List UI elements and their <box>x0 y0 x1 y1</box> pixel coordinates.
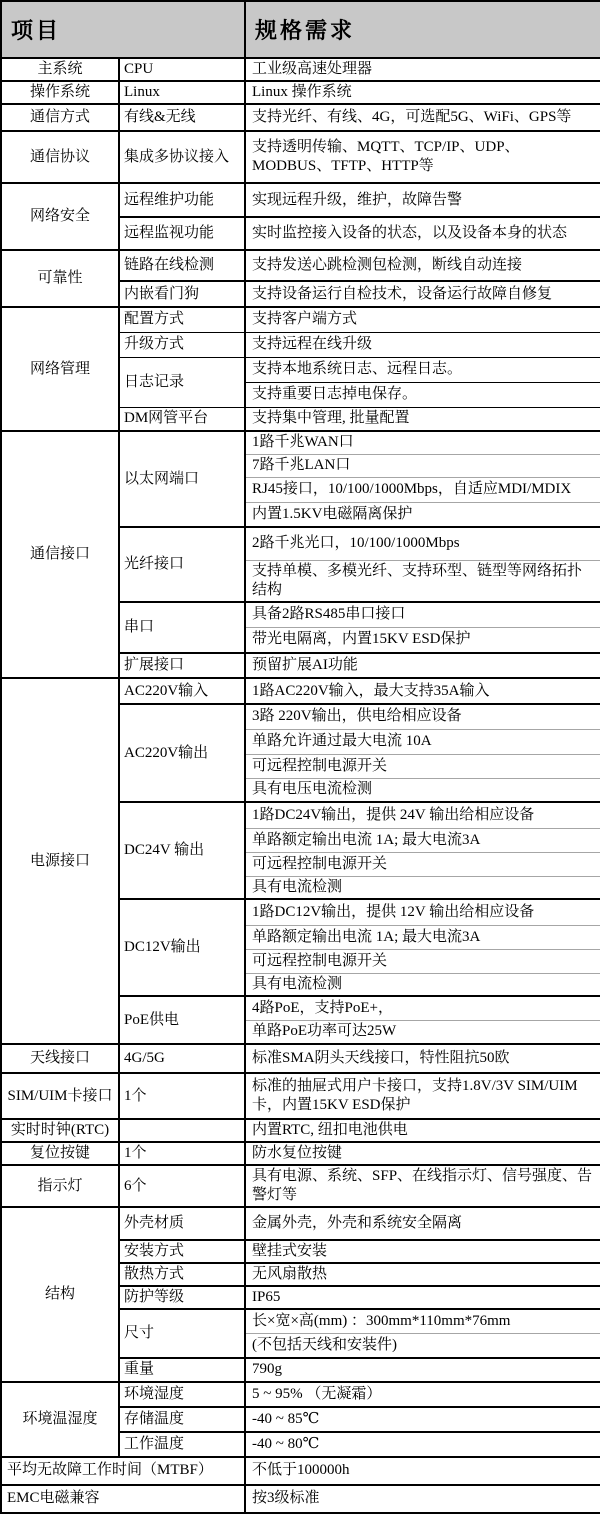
spec-table: 项目 规格需求 主系统CPU工业级高速处理器操作系统LinuxLinux 操作系… <box>0 0 600 1514</box>
spec-cell: 支持重要日志掉电保存。 <box>245 382 600 407</box>
table-row: 通信接口以太网端口1路千兆WAN口 <box>1 431 600 454</box>
spec-cell: 具有电流检测 <box>245 973 600 996</box>
subitem-cell: Linux <box>119 81 245 104</box>
spec-cell: 预留扩展AI功能 <box>245 653 600 678</box>
spec-cell: 1路千兆WAN口 <box>245 431 600 454</box>
spec-cell: -40 ~ 80℃ <box>245 1432 600 1457</box>
category-cell: SIM/UIM卡接口 <box>1 1073 119 1119</box>
category-cell: 结构 <box>1 1207 119 1382</box>
subitem-cell: 4G/5G <box>119 1044 245 1073</box>
category-cell: 电源接口 <box>1 678 119 1044</box>
table-row: 可靠性链路在线检测支持发送心跳检测包检测，断线自动连接 <box>1 250 600 281</box>
subitem-cell <box>119 1119 245 1142</box>
subitem-cell: 远程维护功能 <box>119 183 245 217</box>
table-row: EMC电磁兼容按3级标准 <box>1 1485 600 1513</box>
subitem-cell: 重量 <box>119 1358 245 1382</box>
category-cell: 实时时钟(RTC) <box>1 1119 119 1142</box>
spec-cell: 5 ~ 95% （无凝霜） <box>245 1382 600 1407</box>
subitem-cell: 有线&无线 <box>119 104 245 131</box>
subitem-cell: 以太网端口 <box>119 431 245 527</box>
spec-cell: 可远程控制电源开关 <box>245 852 600 876</box>
subitem-cell: 集成多协议接入 <box>119 131 245 183</box>
subitem-cell: 存储温度 <box>119 1407 245 1432</box>
subitem-cell: AC220V输入 <box>119 678 245 704</box>
category-cell: 网络安全 <box>1 183 119 250</box>
subitem-cell: 防护等级 <box>119 1286 245 1309</box>
spec-cell: 标准SMA阴头天线接口，特性阻抗50欧 <box>245 1044 600 1073</box>
spec-cell: 金属外壳，外壳和系统安全隔离 <box>245 1207 600 1240</box>
subitem-cell: 外壳材质 <box>119 1207 245 1240</box>
spec-cell: 壁挂式安装 <box>245 1240 600 1263</box>
spec-cell: 工业级高速处理器 <box>245 58 600 81</box>
category-cell: 平均无故障工作时间（MTBF） <box>1 1457 245 1485</box>
spec-cell: 实现远程升级，维护，故障告警 <box>245 183 600 217</box>
subitem-cell: 散热方式 <box>119 1263 245 1286</box>
category-cell: 通信方式 <box>1 104 119 131</box>
spec-cell: 标准的抽屉式用户卡接口，支持1.8V/3V SIM/UIM卡，内置15KV ES… <box>245 1073 600 1119</box>
spec-cell: 按3级标准 <box>245 1485 600 1513</box>
subitem-cell: 环境湿度 <box>119 1382 245 1407</box>
table-row: 主系统CPU工业级高速处理器 <box>1 58 600 81</box>
spec-cell: 单路额定输出电流 1A; 最大电流3A <box>245 828 600 852</box>
table-row: 天线接口4G/5G标准SMA阴头天线接口，特性阻抗50欧 <box>1 1044 600 1073</box>
subitem-cell: 6个 <box>119 1165 245 1207</box>
table-row: 操作系统LinuxLinux 操作系统 <box>1 81 600 104</box>
subitem-cell: DC12V输出 <box>119 899 245 996</box>
subitem-cell: 配置方式 <box>119 307 245 332</box>
subitem-cell: DC24V 输出 <box>119 802 245 899</box>
subitem-cell: 光纤接口 <box>119 527 245 602</box>
category-cell: 通信接口 <box>1 431 119 678</box>
table-row: 结构外壳材质金属外壳，外壳和系统安全隔离 <box>1 1207 600 1240</box>
subitem-cell: 1个 <box>119 1073 245 1119</box>
spec-cell: 具有电压电流检测 <box>245 778 600 802</box>
subitem-cell: PoE供电 <box>119 996 245 1044</box>
subitem-cell: 内嵌看门狗 <box>119 281 245 307</box>
category-cell: 可靠性 <box>1 250 119 307</box>
subitem-cell: 工作温度 <box>119 1432 245 1457</box>
spec-cell: 支持单模、多模光纤、支持环型、链型等网络拓扑结构 <box>245 560 600 602</box>
subitem-cell: AC220V输出 <box>119 704 245 802</box>
category-cell: EMC电磁兼容 <box>1 1485 245 1513</box>
spec-cell: 2路千兆光口，10/100/1000Mbps <box>245 527 600 560</box>
category-cell: 天线接口 <box>1 1044 119 1073</box>
category-cell: 环境温湿度 <box>1 1382 119 1457</box>
table-row: 平均无故障工作时间（MTBF）不低于100000h <box>1 1457 600 1485</box>
spec-cell: 内置RTC, 纽扣电池供电 <box>245 1119 600 1142</box>
spec-cell: 单路允许通过最大电流 10A <box>245 729 600 754</box>
category-cell: 指示灯 <box>1 1165 119 1207</box>
spec-cell: 7路千兆LAN口 <box>245 454 600 477</box>
subitem-cell: 串口 <box>119 602 245 653</box>
spec-cell: 长×宽×高(mm) ：300mm*110mm*76mm <box>245 1309 600 1334</box>
spec-cell: 不低于100000h <box>245 1457 600 1485</box>
subitem-cell: DM网管平台 <box>119 407 245 431</box>
category-cell: 主系统 <box>1 58 119 81</box>
spec-cell: 内置1.5KV电磁隔离保护 <box>245 502 600 527</box>
table-header: 项目 规格需求 <box>1 1 600 58</box>
spec-cell: 支持发送心跳检测包检测，断线自动连接 <box>245 250 600 281</box>
spec-cell: -40 ~ 85℃ <box>245 1407 600 1432</box>
subitem-cell: CPU <box>119 58 245 81</box>
spec-cell: 支持设备运行自检技术，设备运行故障自修复 <box>245 281 600 307</box>
subitem-cell: 安装方式 <box>119 1240 245 1263</box>
table-row: 通信方式有线&无线支持光纤、有线、4G，可选配5G、WiFi、GPS等 <box>1 104 600 131</box>
table-row: 网络管理配置方式支持客户端方式 <box>1 307 600 332</box>
spec-cell: 1路DC24V输出，提供 24V 输出给相应设备 <box>245 802 600 828</box>
table-row: 网络安全远程维护功能实现远程升级，维护，故障告警 <box>1 183 600 217</box>
category-cell: 操作系统 <box>1 81 119 104</box>
spec-cell: 支持集中管理, 批量配置 <box>245 407 600 431</box>
subitem-cell: 日志记录 <box>119 357 245 407</box>
spec-cell: (不包括天线和安装件) <box>245 1334 600 1358</box>
spec-cell: 防水复位按键 <box>245 1142 600 1165</box>
spec-cell: 具有电源、系统、SFP、在线指示灯、信号强度、告警灯等 <box>245 1165 600 1207</box>
table-row: 环境温湿度环境湿度5 ~ 95% （无凝霜） <box>1 1382 600 1407</box>
spec-cell: 3路 220V输出，供电给相应设备 <box>245 704 600 729</box>
subitem-cell: 升级方式 <box>119 332 245 357</box>
spec-cell: Linux 操作系统 <box>245 81 600 104</box>
spec-cell: 支持本地系统日志、远程日志。 <box>245 357 600 382</box>
spec-cell: 具备2路RS485串口接口 <box>245 602 600 627</box>
header-spec-cell: 规格需求 <box>245 1 600 58</box>
table-row: 通信协议集成多协议接入支持透明传输、MQTT、TCP/IP、UDP、MODBUS… <box>1 131 600 183</box>
spec-cell: 实时监控接入设备的状态，以及设备本身的状态 <box>245 217 600 250</box>
spec-cell: 支持透明传输、MQTT、TCP/IP、UDP、MODBUS、TFTP、HTTP等 <box>245 131 600 183</box>
subitem-cell: 1个 <box>119 1142 245 1165</box>
spec-cell: 1路AC220V输入，最大支持35A输入 <box>245 678 600 704</box>
header-item-cell: 项目 <box>1 1 245 58</box>
spec-cell: 单路PoE功率可达25W <box>245 1020 600 1044</box>
table-row: SIM/UIM卡接口1个标准的抽屉式用户卡接口，支持1.8V/3V SIM/UI… <box>1 1073 600 1119</box>
subitem-cell: 远程监视功能 <box>119 217 245 250</box>
table-row: 指示灯6个具有电源、系统、SFP、在线指示灯、信号强度、告警灯等 <box>1 1165 600 1207</box>
category-cell: 网络管理 <box>1 307 119 431</box>
spec-cell: 4路PoE，支持PoE+， <box>245 996 600 1020</box>
spec-cell: IP65 <box>245 1286 600 1309</box>
spec-document: 项目 规格需求 主系统CPU工业级高速处理器操作系统LinuxLinux 操作系… <box>0 0 600 1514</box>
table-row: 实时时钟(RTC)内置RTC, 纽扣电池供电 <box>1 1119 600 1142</box>
category-cell: 通信协议 <box>1 131 119 183</box>
table-header-row: 项目 规格需求 <box>1 1 600 58</box>
spec-cell: 1路DC12V输出，提供 12V 输出给相应设备 <box>245 899 600 925</box>
subitem-cell: 尺寸 <box>119 1309 245 1358</box>
spec-cell: 无风扇散热 <box>245 1263 600 1286</box>
subitem-cell: 链路在线检测 <box>119 250 245 281</box>
table-row: 复位按键1个防水复位按键 <box>1 1142 600 1165</box>
table-body: 主系统CPU工业级高速处理器操作系统LinuxLinux 操作系统通信方式有线&… <box>1 58 600 1513</box>
spec-cell: RJ45接口，10/100/1000Mbps，自适应MDI/MDIX <box>245 477 600 502</box>
spec-cell: 具有电流检测 <box>245 876 600 899</box>
spec-cell: 单路额定输出电流 1A; 最大电流3A <box>245 925 600 949</box>
spec-cell: 790g <box>245 1358 600 1382</box>
spec-cell: 支持光纤、有线、4G，可选配5G、WiFi、GPS等 <box>245 104 600 131</box>
category-cell: 复位按键 <box>1 1142 119 1165</box>
table-row: 电源接口AC220V输入1路AC220V输入，最大支持35A输入 <box>1 678 600 704</box>
spec-cell: 支持远程在线升级 <box>245 332 600 357</box>
subitem-cell: 扩展接口 <box>119 653 245 678</box>
spec-cell: 带光电隔离，内置15KV ESD保护 <box>245 627 600 653</box>
spec-cell: 可远程控制电源开关 <box>245 949 600 973</box>
spec-cell: 可远程控制电源开关 <box>245 754 600 778</box>
spec-cell: 支持客户端方式 <box>245 307 600 332</box>
